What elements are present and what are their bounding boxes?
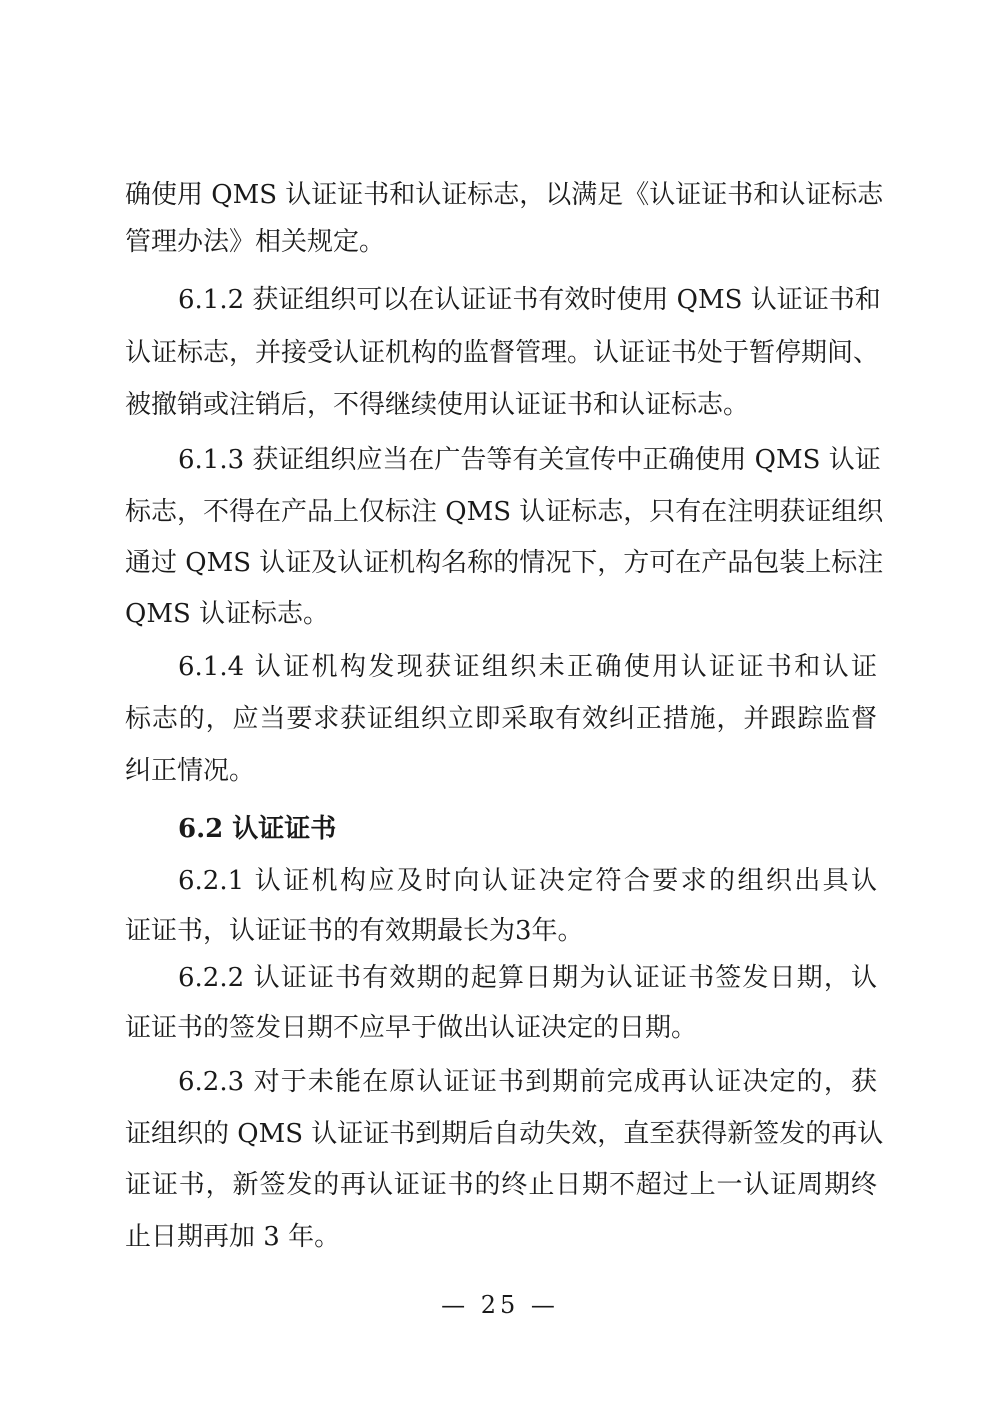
section-heading-6-2: 6.2 认证证书 — [178, 812, 336, 846]
text-line: 纠正情况。 — [125, 754, 877, 788]
text-line: QMS 认证标志。 — [125, 597, 877, 631]
text-line: 6.1.3 获证组织应当在广告等有关宣传中正确使用 QMS 认证 — [178, 443, 877, 477]
text-line: 证证书的签发日期不应早于做出认证决定的日期。 — [125, 1011, 877, 1045]
text-line: 证证书，新签发的再认证证书的终止日期不超过上一认证周期终 — [125, 1168, 877, 1202]
text-line: 确使用 QMS 认证证书和认证标志，以满足《认证证书和认证标志 — [125, 178, 877, 212]
text-line: 6.1.2 获证组织可以在认证证书有效时使用 QMS 认证证书和 — [178, 283, 877, 317]
text-line: 管理办法》相关规定。 — [125, 225, 877, 259]
page-number: — 25 — — [0, 1290, 1000, 1320]
text-line: 6.2.2 认证证书有效期的起算日期为认证证书签发日期，认 — [178, 961, 877, 995]
text-line: 标志，不得在产品上仅标注 QMS 认证标志，只有在注明获证组织 — [125, 495, 877, 529]
text-line: 证组织的 QMS 认证证书到期后自动失效，直至获得新签发的再认 — [125, 1117, 877, 1151]
text-line: 通过 QMS 认证及认证机构名称的情况下，方可在产品包装上标注 — [125, 546, 877, 580]
text-line: 被撤销或注销后，不得继续使用认证证书和认证标志。 — [125, 388, 877, 422]
text-line: 证证书，认证证书的有效期最长为3年。 — [125, 914, 877, 948]
text-line: 认证标志，并接受认证机构的监督管理。认证证书处于暂停期间、 — [125, 336, 877, 370]
text-line: 止日期再加 3 年。 — [125, 1220, 877, 1254]
text-line: 6.1.4 认证机构发现获证组织未正确使用认证证书和认证 — [178, 650, 877, 684]
text-line: 标志的，应当要求获证组织立即采取有效纠正措施，并跟踪监督 — [125, 702, 877, 736]
text-line: 6.2.1 认证机构应及时向认证决定符合要求的组织出具认 — [178, 864, 877, 898]
document-page: 确使用 QMS 认证证书和认证标志，以满足《认证证书和认证标志管理办法》相关规定… — [0, 0, 1000, 1414]
text-line: 6.2.3 对于未能在原认证证书到期前完成再认证决定的，获 — [178, 1065, 877, 1099]
